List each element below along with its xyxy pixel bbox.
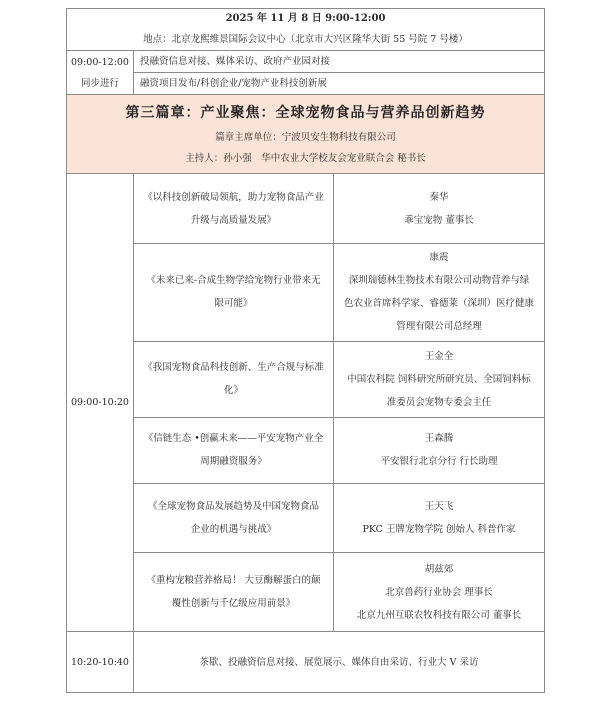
parallel-item: 融资项目发布/科创企业/宠物产业科技创新展 (134, 73, 544, 94)
break-content: 茶歇、投融资信息对接、展览展示、媒体自由采访、行业大 V 采访 (200, 652, 479, 673)
talk-title-cell: 《未来已来-合成生物学给宠物行业带来无 限可能》 (134, 243, 334, 341)
event-date-time: 2025 年 11 月 8 日 9:00-12:00 (226, 9, 386, 29)
agenda-header-cell: 2025 年 11 月 8 日 9:00-12:00 地点：北京龙熙维景国际会议… (67, 9, 544, 50)
speaker-cell: 康震 深圳瑞德林生物技术有限公司动物营养与绿 色农业首席科学家、睿德莱（深圳）医… (334, 243, 544, 341)
speaker-cell: 王金全 中国农科院 饲料研究所研究员、全国饲料标 准委员会宠物专委会主任 (334, 341, 544, 417)
talk-title-line: 《全球宠物食品发展趋势及中国宠物食品 (142, 495, 325, 518)
speaker-cell: 胡兹郊 北京兽药行业协会 理事长 北京九州互联农牧科技有限公司 董事长 (334, 552, 544, 632)
talk-title-line: 覆性创新与千亿级应用前景》 (166, 592, 302, 615)
talk-title-line: 《我国宠物食品科技创新、生产合规与标准 (137, 356, 330, 379)
talk-title-line: 《未来已来-合成生物学给宠物行业带来无 (140, 269, 326, 292)
parallel-activities-row: 09:00-12:00 同步进行 投融资信息对接、媒体采访、政府产业园对接 融资… (67, 51, 544, 95)
speaker-affiliation: 准委员会宠物专委会主任 (381, 391, 498, 414)
talk-title-line: 周期融资服务》 (194, 450, 273, 473)
speaker-cell: 王天飞 PKC 王牌宠物学院 创始人 科普作家 (334, 483, 544, 552)
speaker-affiliation: 北京九州互联农牧科技有限公司 董事长 (351, 604, 528, 627)
break-content-cell: 茶歇、投融资信息对接、展览展示、媒体自由采访、行业大 V 采访 (134, 632, 544, 692)
speaker-affiliation: 乖宝宠物 董事长 (398, 209, 480, 232)
talk-title-cell: 《信链生态 •创赢未来——平安宠物产业全 周期融资服务》 (134, 417, 334, 483)
speaker-affiliation: 色农业首席科学家、睿德莱（深圳）医疗健康 (338, 292, 540, 315)
speaker-name: 胡兹郊 (419, 558, 460, 581)
chapter-section: 第三篇章：产业聚焦：全球宠物食品与营养品创新趋势 篇章主席单位：宁波贝安生物科技… (67, 95, 544, 174)
parallel-item-text: 融资项目发布/科创企业/宠物产业科技创新展 (140, 73, 327, 94)
speaker-cell: 王森腾 平安银行北京分行 行长助理 (334, 417, 544, 483)
session-block: 09:00-10:20 《以科技创新破局领航，助力宠物食品产业 升级与高质量发展… (67, 174, 544, 632)
talk-title-line: 化》 (218, 379, 249, 402)
speaker-name: 康震 (423, 246, 454, 269)
talk-title-cell: 《全球宠物食品发展趋势及中国宠物食品 企业的机遇与挑战》 (134, 483, 334, 552)
talk-title-line: 《信链生态 •创赢未来——平安宠物产业全 (138, 427, 330, 450)
agenda-header-row: 2025 年 11 月 8 日 9:00-12:00 地点：北京龙熙维景国际会议… (67, 9, 544, 51)
chapter-host: 主持人：孙小强 华中农业大学校友会宠业联合会 秘书长 (185, 148, 426, 169)
chapter-cell: 第三篇章：产业聚焦：全球宠物食品与营养品创新趋势 篇章主席单位：宁波贝安生物科技… (67, 95, 544, 173)
parallel-time: 09:00-12:00 (71, 52, 129, 73)
speaker-name: 秦华 (423, 186, 454, 209)
speaker-affiliation: 平安银行北京分行 行长助理 (374, 450, 503, 473)
speaker-name: 王金全 (419, 345, 460, 368)
parallel-item: 投融资信息对接、媒体采访、政府产业园对接 (134, 51, 544, 73)
session-time: 09:00-10:20 (71, 392, 129, 413)
parallel-time-note: 同步进行 (81, 73, 119, 94)
session-time-cell: 09:00-10:20 (67, 174, 134, 631)
break-time: 10:20-10:40 (71, 652, 129, 673)
break-row: 10:20-10:40 茶歇、投融资信息对接、展览展示、媒体自由采访、行业大 V… (67, 632, 544, 692)
speaker-name: 王天飞 (419, 495, 460, 518)
speaker-cell: 秦华 乖宝宠物 董事长 (334, 174, 544, 243)
talk-title-line: 升级与高质量发展》 (185, 209, 283, 232)
event-venue: 地点：北京龙熙维景国际会议中心（北京市大兴区隆华大街 55 号院 7 号楼） (143, 29, 468, 50)
chapter-chair-org: 篇章主席单位：宁波贝安生物科技有限公司 (215, 127, 396, 148)
talk-title-cell: 《我国宠物食品科技创新、生产合规与标准 化》 (134, 341, 334, 417)
chapter-title: 第三篇章：产业聚焦：全球宠物食品与营养品创新趋势 (126, 99, 486, 127)
talk-title-line: 《以科技创新破局领航，助力宠物食品产业 (137, 186, 330, 209)
parallel-item-text: 投融资信息对接、媒体采访、政府产业园对接 (140, 51, 330, 72)
talk-title-line: 《重构宠粮营养格局！ 大豆酶解蛋白的颠 (140, 569, 326, 592)
agenda-table: 2025 年 11 月 8 日 9:00-12:00 地点：北京龙熙维景国际会议… (66, 8, 545, 693)
parallel-time-cell: 09:00-12:00 同步进行 (67, 51, 134, 94)
talk-title-cell: 《重构宠粮营养格局！ 大豆酶解蛋白的颠 覆性创新与千亿级应用前景》 (134, 552, 334, 632)
talk-title-cell: 《以科技创新破局领航，助力宠物食品产业 升级与高质量发展》 (134, 174, 334, 243)
talk-title-line: 限可能》 (208, 292, 258, 315)
speaker-affiliation: 深圳瑞德林生物技术有限公司动物营养与绿 (343, 269, 536, 292)
parallel-items-cell: 投融资信息对接、媒体采访、政府产业园对接 融资项目发布/科创企业/宠物产业科技创… (134, 51, 544, 94)
speaker-name: 王森腾 (419, 427, 460, 450)
speaker-affiliation: 管理有限公司总经理 (390, 315, 488, 338)
talk-title-line: 企业的机遇与挑战》 (185, 518, 283, 541)
speaker-affiliation: 中国农科院 饲料研究所研究员、全国饲料标 (341, 368, 537, 391)
break-time-cell: 10:20-10:40 (67, 632, 134, 692)
speaker-affiliation: PKC 王牌宠物学院 创始人 科普作家 (356, 518, 521, 541)
speaker-affiliation: 北京兽药行业协会 理事长 (379, 581, 499, 604)
